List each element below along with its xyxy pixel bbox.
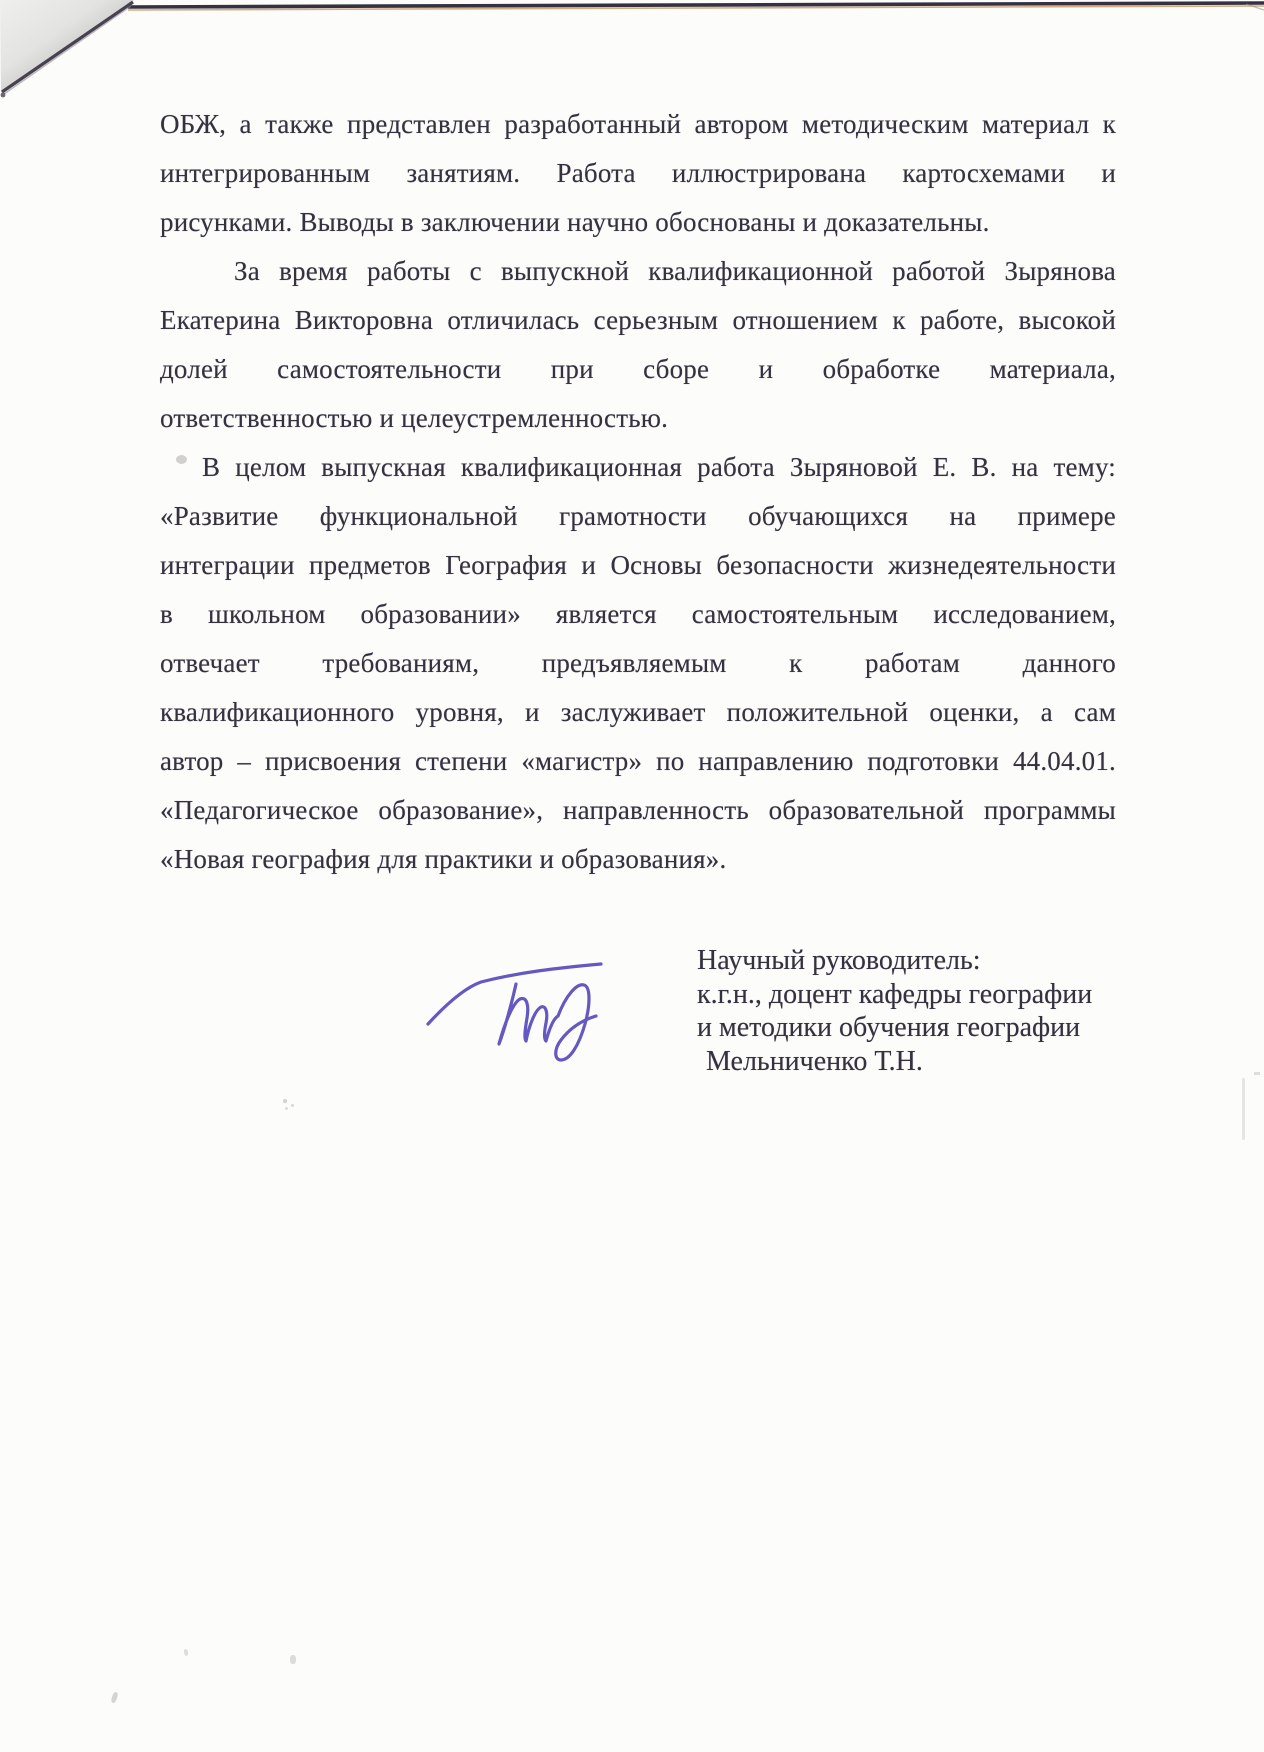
scan-speck — [176, 455, 187, 464]
signature-block: Научный руководитель: к.г.н., доцент каф… — [697, 944, 1092, 1078]
text-line: В целом выпускная квалификационная работ… — [160, 443, 1116, 492]
text-line: «Педагогическое образование», направленн… — [160, 786, 1116, 835]
text-line: ответственностью и целеустремленностью. — [160, 394, 1116, 443]
paragraph: За время работы с выпускной квалификацио… — [160, 247, 1116, 443]
signature-block-line: и методики обучения географии — [697, 1011, 1092, 1045]
scan-speck — [110, 1691, 118, 1703]
scan-streak — [1242, 1078, 1245, 1140]
scan-streak — [1254, 1072, 1260, 1075]
text-line: интегрированным занятиям. Работа иллюстр… — [160, 149, 1116, 198]
paragraph: В целом выпускная квалификационная работ… — [160, 443, 1116, 884]
text-line: ОБЖ, а также представлен разработанный а… — [160, 100, 1116, 149]
text-line: «Новая география для практики и образова… — [160, 835, 1116, 884]
scan-speck — [183, 1649, 188, 1657]
signature-block-line: Научный руководитель: — [697, 944, 1092, 978]
text-line: За время работы с выпускной квалификацио… — [160, 247, 1116, 296]
text-line: долей самостоятельности при сборе и обра… — [160, 345, 1116, 394]
scan-speck — [285, 1107, 288, 1110]
scanned-page: ОБЖ, а также представлен разработанный а… — [0, 0, 1264, 1752]
text-line: интеграции предметов География и Основы … — [160, 541, 1116, 590]
scan-speck — [290, 1655, 296, 1664]
text-line: квалификационного уровня, и заслуживает … — [160, 688, 1116, 737]
signature-block-line: к.г.н., доцент кафедры географии — [697, 978, 1092, 1012]
paragraph: ОБЖ, а также представлен разработанный а… — [160, 100, 1116, 247]
text-line: в школьном образовании» является самосто… — [160, 590, 1116, 639]
text-line: автор – присвоения степени «магистр» по … — [160, 737, 1116, 786]
signature-block-line: Мельниченко Т.Н. — [697, 1045, 1092, 1079]
document-body: ОБЖ, а также представлен разработанный а… — [160, 100, 1116, 884]
text-line: «Развитие функциональной грамотности обу… — [160, 492, 1116, 541]
text-line: отвечает требованиям, предъявляемым к ра… — [160, 639, 1116, 688]
text-line: Екатерина Викторовна отличилась серьезны… — [160, 296, 1116, 345]
text-line: рисунками. Выводы в заключении научно об… — [160, 198, 1116, 247]
scan-speck — [291, 1104, 294, 1107]
scan-speck — [283, 1099, 287, 1103]
